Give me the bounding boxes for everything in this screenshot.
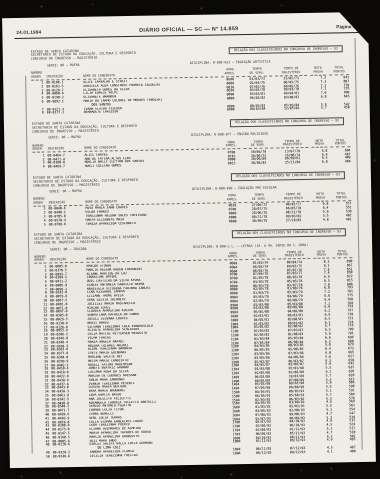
nota-prova: 5.7	[311, 107, 327, 111]
scan-noise	[0, 0, 1, 1]
inscricao: 08-0177-1	[47, 111, 81, 115]
column-header: TOTALPONTOS	[329, 66, 349, 75]
page-date: 24.01.1994	[16, 30, 41, 35]
tempo-servico: 06/12/93	[249, 451, 279, 455]
classification-section: ESTADO DE SANTA CATARINASECRETARIA DE ES…	[32, 117, 351, 169]
org-line: CONCURSO DE INGRESSO — MAGISTÉRIO	[32, 129, 137, 135]
column-header: INSCRIÇÃO	[49, 255, 83, 264]
tempo-servico: 30/06/83	[244, 162, 274, 166]
classification-section: ESTADO DE SANTA CATARINASECRETARIA DE ES…	[31, 45, 350, 116]
classified-list-box: RELAÇÃO DOS CLASSIFICADOS NO CONCURSO DE…	[230, 117, 344, 127]
column-header: HORAAPRES.	[224, 252, 242, 261]
column-header: NÚMEROORDEM	[33, 198, 45, 207]
total-pontos: 401	[332, 218, 352, 222]
candidates-table: NÚMEROORDEMINSCRIÇÃONOME DO CANDIDATOHOR…	[31, 66, 350, 116]
total-pontos: 480	[336, 450, 356, 454]
org-header: ESTADO DE SANTA CATARINASECRETARIA DE ES…	[32, 121, 137, 135]
tempo-servico: 08/03/84	[243, 108, 273, 112]
column-header: NÚMEROORDEM	[34, 255, 46, 264]
order-number: 8	[32, 112, 44, 116]
column-header: HORAAPRES.	[222, 141, 240, 150]
order-number: 4	[33, 166, 45, 170]
column-header: NOTAPROVA	[313, 250, 329, 259]
org-header: ESTADO DE SANTA CATARINASECRETARIA DE ES…	[34, 232, 139, 246]
candidates-table: NÚMEROORDEMINSCRIÇÃONOME DO CANDIDATOHOR…	[32, 139, 350, 170]
classified-list-box: RELAÇÃO DOS CLASSIFICADOS NO CONCURSO DE…	[229, 45, 343, 55]
org-line: CONCURSO DE INGRESSO — MAGISTÉRIO	[31, 56, 136, 62]
inscricao: 08-0148-6	[53, 455, 87, 459]
classified-list-box: RELAÇÃO DOS CLASSIFICADOS NO CONCURSO DE…	[231, 171, 345, 181]
tempo-magisterio: 27/10/83	[278, 218, 310, 222]
column-header: TEMPO DEMAGISTÉRIO	[278, 251, 310, 260]
column-header: HORAAPRES.	[221, 68, 239, 77]
column-header: TEMPO DEMAGISTÉRIO	[275, 67, 307, 76]
journal-title: DIÁRIO OFICIAL — SC — Nº 14.859	[139, 26, 238, 34]
serie-label: SÉRIE: 08 — MAFRA	[32, 134, 191, 141]
disciplina-label: DISCIPLINA: 0-800-C.L. — LETRAS (1A. A 4…	[193, 243, 352, 250]
nota-prova: 4.1	[317, 450, 333, 454]
tempo-magisterio: 12/05/84	[276, 107, 308, 111]
column-header: TEMPODE SERV.	[245, 251, 275, 260]
org-header: ESTADO DE SANTA CATARINASECRETARIA DE ES…	[33, 175, 138, 189]
hora-apres: 0800	[224, 220, 242, 224]
candidates-table: NÚMEROORDEMINSCRIÇÃONOME DO CANDIDATOHOR…	[34, 250, 356, 459]
column-header: TEMPO DEMAGISTÉRIO	[276, 140, 308, 149]
sections-container: ESTADO DE SANTA CATARINASECRETARIA DE ES…	[3, 35, 376, 459]
column-header: TEMPODE SERV.	[242, 68, 272, 77]
column-header: INSCRIÇÃO	[47, 144, 81, 153]
disciplina-label: DISCIPLINA: 0-808-099 — EDUCAÇÃO PRÉ-ESC…	[192, 185, 351, 192]
classification-section: ESTADO DE SANTA CATARINASECRETARIA DE ES…	[34, 229, 356, 460]
scanned-gazette-screenshot: 24.01.1994 DIÁRIO OFICIAL — SC — Nº 14.8…	[0, 0, 380, 479]
table-body: 108-0085-0ERALDA STOEBE060001/03/7408/04…	[34, 260, 355, 459]
nota-prova: 6.8	[312, 161, 328, 165]
order-number: 5	[34, 223, 46, 227]
classification-section: ESTADO DE SANTA CATARINASECRETARIA DE ES…	[33, 171, 352, 227]
tempo-magisterio: 25/11/84	[277, 161, 309, 165]
hora-apres: 0815	[223, 162, 241, 166]
column-header: NÚMEROORDEM	[31, 72, 43, 81]
serie-label: SÉRIE: 08 — MAFRA	[33, 188, 192, 195]
column-header: NOME DO CANDIDATO	[86, 252, 221, 263]
table-body: 108-0040-6ROSA MARIA IAHN CHAVES063027/0…	[33, 203, 351, 228]
column-header: NOME DO CANDIDATO	[83, 68, 218, 79]
gazette-page: 24.01.1994 DIÁRIO OFICIAL — SC — Nº 14.8…	[2, 12, 376, 468]
column-header: TOTALPONTOS	[331, 193, 351, 202]
org-line: CONCURSO DE INGRESSO — MAGISTÉRIO	[33, 183, 138, 189]
column-header: HORAAPRES.	[223, 194, 241, 203]
column-header: NOTAPROVA	[312, 193, 328, 202]
nota-prova: 4.8	[313, 218, 329, 222]
classified-list-box: RELAÇÃO DOS CLASSIFICADOS NO CONCURSO DE…	[232, 229, 346, 239]
column-header: INSCRIÇÃO	[48, 197, 82, 206]
column-header: INSCRIÇÃO	[46, 71, 80, 80]
hora-apres: 0800	[222, 108, 240, 112]
tempo-magisterio: 09/12/93	[282, 451, 314, 455]
order-number: 50	[38, 455, 50, 459]
total-pontos: 404	[331, 160, 351, 164]
column-header: TOTALPONTOS	[330, 139, 350, 148]
serie-label: SÉRIE: 08 — MAFRA	[31, 62, 190, 69]
column-header: TOTALPONTOS	[332, 250, 352, 259]
org-line: CONCURSO DE INGRESSO — MAGISTÉRIO	[34, 240, 139, 246]
disciplina-label: DISCIPLINA: 0-808-013 — EDUCAÇÃO ARTÍSTI…	[190, 59, 349, 66]
column-header: NOTAPROVA	[310, 67, 326, 76]
inscricao: 08-0788-6	[49, 222, 83, 226]
column-header: TEMPODE SERV.	[243, 140, 273, 149]
edge-nick	[371, 80, 380, 98]
org-header: ESTADO DE SANTA CATARINASECRETARIA DE ES…	[31, 48, 136, 62]
inscricao: 08-0469-7	[48, 165, 82, 169]
candidates-table: NÚMEROORDEMINSCRIÇÃONOME DO CANDIDATOHOR…	[33, 193, 351, 228]
total-pontos: 450	[330, 107, 350, 111]
hora-apres: 1804	[228, 452, 246, 456]
tempo-servico: 30/04/79	[245, 219, 275, 223]
column-header: TEMPO DEMAGISTÉRIO	[277, 193, 309, 202]
column-header: TEMPODE SERV.	[244, 194, 274, 203]
column-header: NOME DO CANDIDATO	[84, 141, 219, 152]
serie-label: SÉRIE: 08 — JOAÇABA	[34, 246, 193, 253]
disciplina-label: DISCIPLINA: 0-808-077 — ENSINO RELIGIOSO	[191, 132, 350, 139]
column-header: NOME DO CANDIDATO	[85, 195, 220, 206]
column-header: NOTAPROVA	[311, 139, 327, 148]
table-body: 108-0108-1ALICE CARVALHO E STREIT060001/…	[31, 76, 350, 116]
column-header: NÚMEROORDEM	[32, 144, 44, 153]
